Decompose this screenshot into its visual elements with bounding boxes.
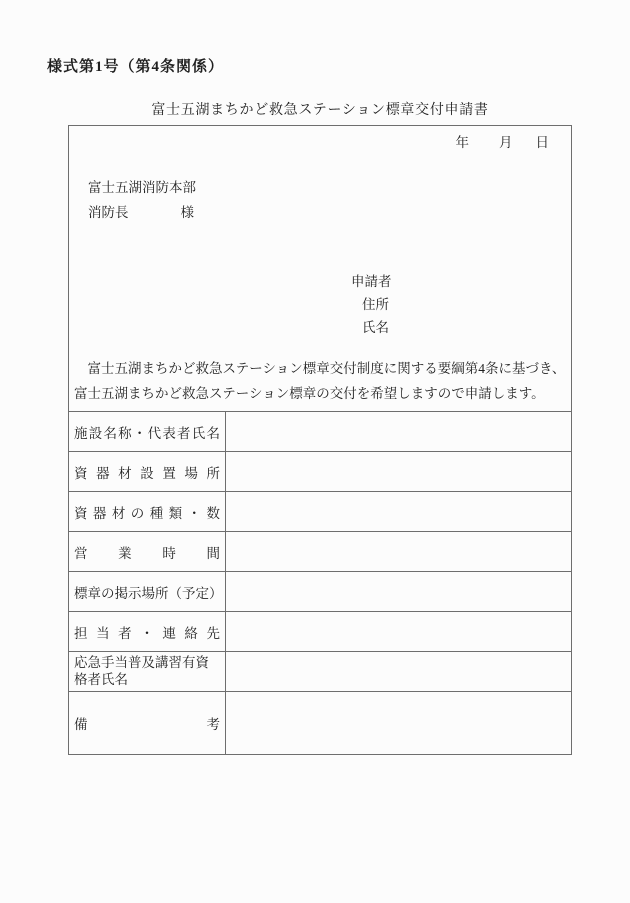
row-label-facility-name: 施設名称・代表者氏名 xyxy=(69,412,226,452)
row-label-business-hours: 営業時間 xyxy=(69,532,226,572)
table-row: 資器材設置場所 xyxy=(69,452,572,492)
row-value-remarks xyxy=(226,692,572,755)
date-month-label: 月 xyxy=(499,135,513,150)
row-value-emblem-display-place xyxy=(226,572,572,612)
addressee-organization: 富士五湖消防本部 xyxy=(88,179,196,196)
row-value-facility-name xyxy=(226,412,572,452)
form-number: 様式第1号（第4条関係） xyxy=(47,57,224,77)
row-value-certified-person xyxy=(226,652,572,692)
row-label-equipment-type: 資器材の種類・数 xyxy=(69,492,226,532)
table-row: 営業時間 xyxy=(69,532,572,572)
applicant-address-label: 住所 xyxy=(362,293,392,316)
letter-head-box: 年月日 富士五湖消防本部 消防長様 申請者 住所 氏名 富士五湖まちかど救急ステ… xyxy=(68,125,572,411)
row-value-equipment-type xyxy=(226,492,572,532)
row-value-equipment-location xyxy=(226,452,572,492)
application-table: 施設名称・代表者氏名 資器材設置場所 資器材の種類・数 営業時間 標章の掲示場所… xyxy=(68,411,572,755)
applicant-name-label: 氏名 xyxy=(362,316,392,339)
table-row: 担当者・連絡先 xyxy=(69,612,572,652)
table-row: 施設名称・代表者氏名 xyxy=(69,412,572,452)
application-statement: 富士五湖まちかど救急ステーション標章交付制度に関する要綱第4条に基づき、 富士五… xyxy=(74,356,566,406)
document-page: 様式第1号（第4条関係） 富士五湖まちかど救急ステーション標章交付申請書 年月日… xyxy=(0,0,630,903)
date-year-label: 年 xyxy=(456,135,470,150)
addressee-honorific: 様 xyxy=(181,205,195,220)
applicant-block: 申請者 住所 氏名 xyxy=(351,270,392,339)
addressee-line: 消防長様 xyxy=(88,204,194,221)
table-row: 備考 xyxy=(69,692,572,755)
applicant-label: 申請者 xyxy=(351,270,392,293)
row-value-business-hours xyxy=(226,532,572,572)
date-line: 年月日 xyxy=(456,135,550,151)
table-row: 標章の掲示場所（予定） xyxy=(69,572,572,612)
date-day-label: 日 xyxy=(536,135,550,150)
row-label-emblem-display-place: 標章の掲示場所（予定） xyxy=(69,572,226,612)
table-row: 応急手当普及講習有資 格者氏名 xyxy=(69,652,572,692)
row-value-contact-person xyxy=(226,612,572,652)
row-label-remarks: 備考 xyxy=(69,692,226,755)
table-row: 資器材の種類・数 xyxy=(69,492,572,532)
row-label-equipment-location: 資器材設置場所 xyxy=(69,452,226,492)
row-label-certified-person: 応急手当普及講習有資 格者氏名 xyxy=(69,652,226,692)
addressee-title: 消防長 xyxy=(88,205,129,220)
document-title: 富士五湖まちかど救急ステーション標章交付申請書 xyxy=(68,102,572,120)
row-label-contact-person: 担当者・連絡先 xyxy=(69,612,226,652)
